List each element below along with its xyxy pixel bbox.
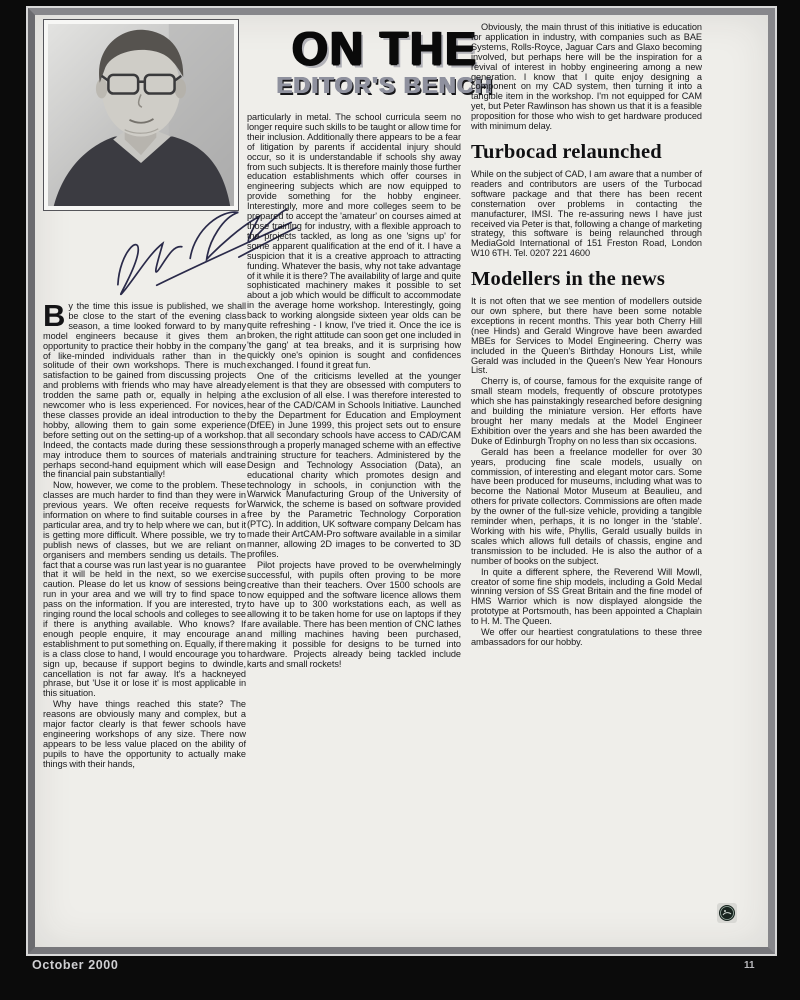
body-paragraph: By the time this issue is published, we … [43, 302, 246, 480]
body-paragraph: Pilot projects have proved to be overwhe… [247, 561, 461, 670]
body-paragraph: Why have things reached this state? The … [43, 700, 246, 769]
body-paragraph: It is not often that we see mention of m… [471, 297, 702, 376]
magazine-page: ON THE EDITOR'S BENCH By the time this i… [28, 8, 775, 954]
editor-portrait-photo [43, 19, 239, 211]
body-paragraph: Cherry is, of course, famous for the exq… [471, 377, 702, 446]
body-paragraph: Obviously, the main thrust of this initi… [471, 23, 702, 132]
body-paragraph: In quite a different sphere, the Reveren… [471, 568, 702, 627]
text-column-1: By the time this issue is published, we … [43, 302, 246, 954]
body-paragraph: While on the subject of CAD, I am aware … [471, 170, 702, 259]
footer-issue-date: October 2000 [32, 958, 118, 972]
body-paragraph: Gerald has been a freelance modeller for… [471, 448, 702, 567]
text-column-2: particularly in metal. The school curric… [247, 113, 461, 955]
section-heading-modellers: Modellers in the news [471, 268, 702, 290]
portrait-illustration [48, 24, 234, 206]
body-paragraph: One of the criticisms levelled at the yo… [247, 372, 461, 560]
body-paragraph: particularly in metal. The school curric… [247, 113, 461, 371]
body-paragraph: We offer our heartiest congratulations t… [471, 628, 702, 648]
magazine-scan-page: { "masthead": { "title_line1": "ON THE",… [0, 0, 800, 1000]
footer-page-number: 11 [744, 960, 755, 971]
body-paragraph: Now, however, we come to the problem. Th… [43, 481, 246, 699]
section-heading-turbocad: Turbocad relaunched [471, 141, 702, 163]
drop-cap: B [43, 302, 68, 329]
page-content: ON THE EDITOR'S BENCH By the time this i… [35, 15, 768, 947]
paragraph-text: y the time this issue is published, we s… [43, 301, 246, 479]
publisher-emblem-icon [717, 903, 737, 923]
text-column-3: Obviously, the main thrust of this initi… [471, 23, 702, 947]
